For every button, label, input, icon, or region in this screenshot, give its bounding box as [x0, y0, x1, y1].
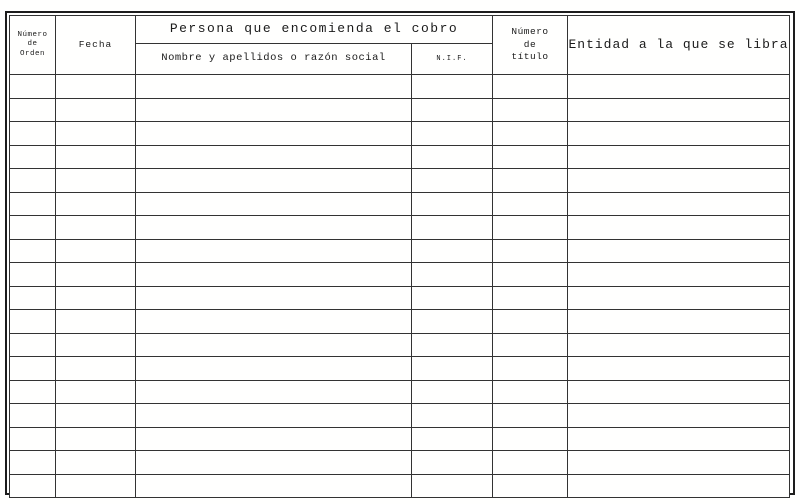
cell-entidad — [568, 263, 790, 287]
cell-numero-orden — [10, 122, 56, 146]
cell-nif — [412, 451, 493, 475]
cell-entidad — [568, 380, 790, 404]
col-header-numero-orden: Número de Orden — [10, 16, 56, 75]
table-row — [10, 98, 790, 122]
cell-fecha — [56, 286, 136, 310]
cell-entidad — [568, 357, 790, 381]
cell-numero-orden — [10, 239, 56, 263]
cell-numero-orden — [10, 427, 56, 451]
cell-nombre — [136, 122, 412, 146]
cell-entidad — [568, 239, 790, 263]
cell-fecha — [56, 310, 136, 334]
table-header: Número de Orden Fecha Persona que encomi… — [10, 16, 790, 75]
cell-numero-titulo — [493, 239, 568, 263]
cell-numero-orden — [10, 263, 56, 287]
cell-nif — [412, 286, 493, 310]
cell-nombre — [136, 263, 412, 287]
cell-fecha — [56, 333, 136, 357]
cell-numero-orden — [10, 286, 56, 310]
cell-nombre — [136, 145, 412, 169]
cell-fecha — [56, 145, 136, 169]
cell-entidad — [568, 404, 790, 428]
cell-fecha — [56, 75, 136, 99]
cell-fecha — [56, 357, 136, 381]
cell-nif — [412, 380, 493, 404]
cell-numero-titulo — [493, 404, 568, 428]
cell-numero-titulo — [493, 75, 568, 99]
cell-nombre — [136, 192, 412, 216]
cell-numero-orden — [10, 216, 56, 240]
cell-numero-titulo — [493, 216, 568, 240]
cell-nombre — [136, 451, 412, 475]
cell-nombre — [136, 169, 412, 193]
cell-nombre — [136, 380, 412, 404]
cell-nif — [412, 263, 493, 287]
table-body — [10, 75, 790, 498]
cell-fecha — [56, 169, 136, 193]
table-row — [10, 451, 790, 475]
table-row — [10, 239, 790, 263]
cell-nif — [412, 310, 493, 334]
cell-numero-orden — [10, 474, 56, 498]
cell-numero-orden — [10, 310, 56, 334]
cell-nif — [412, 239, 493, 263]
form-outer-border: Número de Orden Fecha Persona que encomi… — [5, 11, 795, 495]
cell-nombre — [136, 216, 412, 240]
cell-numero-orden — [10, 380, 56, 404]
cell-nombre — [136, 75, 412, 99]
cell-nif — [412, 169, 493, 193]
cell-numero-titulo — [493, 310, 568, 334]
cell-numero-orden — [10, 404, 56, 428]
cell-nombre — [136, 404, 412, 428]
cell-nif — [412, 404, 493, 428]
scanned-form-page: Número de Orden Fecha Persona que encomi… — [0, 0, 800, 504]
table-row — [10, 404, 790, 428]
cell-nif — [412, 333, 493, 357]
cell-nif — [412, 122, 493, 146]
cell-numero-orden — [10, 451, 56, 475]
cell-numero-titulo — [493, 263, 568, 287]
table-row — [10, 427, 790, 451]
cell-nif — [412, 357, 493, 381]
cell-fecha — [56, 427, 136, 451]
cell-entidad — [568, 286, 790, 310]
cell-entidad — [568, 474, 790, 498]
cell-numero-orden — [10, 98, 56, 122]
cell-fecha — [56, 239, 136, 263]
table-row — [10, 192, 790, 216]
cell-numero-titulo — [493, 357, 568, 381]
cell-fecha — [56, 263, 136, 287]
cell-entidad — [568, 169, 790, 193]
cell-entidad — [568, 427, 790, 451]
cell-nombre — [136, 286, 412, 310]
cell-nif — [412, 145, 493, 169]
cell-fecha — [56, 451, 136, 475]
cell-numero-titulo — [493, 333, 568, 357]
header-row-top: Número de Orden Fecha Persona que encomi… — [10, 16, 790, 44]
cell-numero-titulo — [493, 380, 568, 404]
table-row — [10, 357, 790, 381]
cell-nombre — [136, 239, 412, 263]
table-row — [10, 169, 790, 193]
table-row — [10, 380, 790, 404]
table-row — [10, 286, 790, 310]
cell-numero-titulo — [493, 474, 568, 498]
cell-fecha — [56, 192, 136, 216]
cell-fecha — [56, 380, 136, 404]
cell-fecha — [56, 404, 136, 428]
cell-nombre — [136, 310, 412, 334]
table-row — [10, 333, 790, 357]
register-table: Número de Orden Fecha Persona que encomi… — [9, 15, 790, 498]
cell-numero-titulo — [493, 169, 568, 193]
cell-entidad — [568, 75, 790, 99]
cell-numero-orden — [10, 169, 56, 193]
cell-entidad — [568, 216, 790, 240]
cell-numero-orden — [10, 192, 56, 216]
cell-numero-titulo — [493, 451, 568, 475]
cell-numero-orden — [10, 75, 56, 99]
cell-entidad — [568, 122, 790, 146]
cell-nif — [412, 192, 493, 216]
cell-nombre — [136, 333, 412, 357]
cell-numero-titulo — [493, 122, 568, 146]
cell-entidad — [568, 333, 790, 357]
col-header-persona-group: Persona que encomienda el cobro — [136, 16, 493, 44]
col-header-numero-titulo: Número de título — [493, 16, 568, 75]
table-row — [10, 474, 790, 498]
cell-numero-titulo — [493, 427, 568, 451]
cell-nombre — [136, 474, 412, 498]
cell-numero-titulo — [493, 98, 568, 122]
cell-numero-orden — [10, 145, 56, 169]
col-header-nif: N.I.F. — [412, 44, 493, 75]
cell-numero-titulo — [493, 286, 568, 310]
cell-numero-titulo — [493, 145, 568, 169]
cell-fecha — [56, 216, 136, 240]
cell-entidad — [568, 98, 790, 122]
cell-nif — [412, 216, 493, 240]
cell-fecha — [56, 98, 136, 122]
table-row — [10, 216, 790, 240]
cell-nif — [412, 75, 493, 99]
cell-fecha — [56, 122, 136, 146]
col-header-nombre: Nombre y apellidos o razón social — [136, 44, 412, 75]
cell-nombre — [136, 357, 412, 381]
cell-nif — [412, 427, 493, 451]
cell-entidad — [568, 451, 790, 475]
cell-numero-orden — [10, 333, 56, 357]
table-row — [10, 263, 790, 287]
table-row — [10, 122, 790, 146]
cell-nombre — [136, 98, 412, 122]
table-row — [10, 310, 790, 334]
cell-fecha — [56, 474, 136, 498]
table-row — [10, 145, 790, 169]
table-row — [10, 75, 790, 99]
cell-nif — [412, 98, 493, 122]
cell-entidad — [568, 145, 790, 169]
cell-numero-titulo — [493, 192, 568, 216]
cell-nif — [412, 474, 493, 498]
cell-entidad — [568, 192, 790, 216]
cell-entidad — [568, 310, 790, 334]
cell-numero-orden — [10, 357, 56, 381]
col-header-entidad: Entidad a la que se libra — [568, 16, 790, 75]
col-header-fecha: Fecha — [56, 16, 136, 75]
cell-nombre — [136, 427, 412, 451]
